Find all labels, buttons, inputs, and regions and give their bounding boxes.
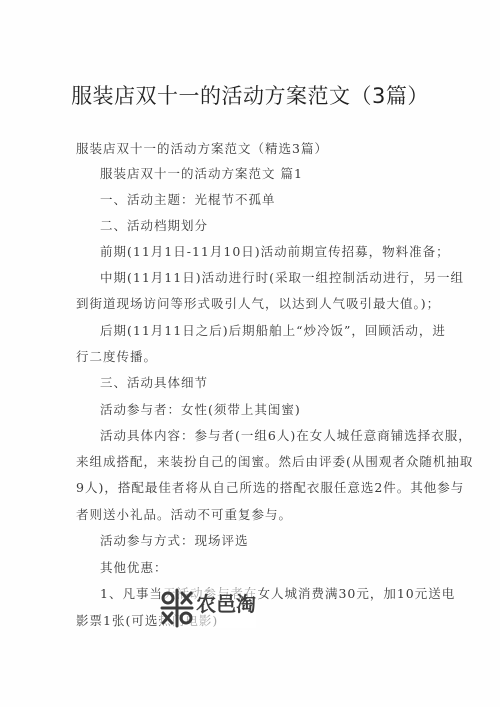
paragraph-line: 者则送小礼品。活动不可重复参与。 [76,505,292,523]
paragraph-line: 前期(11月1日-11月10日)活动前期宣传招募，物料准备； [100,242,450,260]
paragraph-line: 行二度传播。 [76,347,157,365]
paragraph-line: 后期(11月11日之后)后期船舶上“炒冷饭”，回顾活动，进 [100,321,446,339]
document-title: 服装店双十一的活动方案范文（3篇） [0,80,500,110]
paragraph-line: 来组成搭配，来装扮自己的闺蜜。然后由评委(从围观者众随机抽取 [76,452,473,470]
paragraph-line: 1、凡事当天活动参与者在女人城消费满30元，加10元送电 [100,584,455,602]
nongyitao-logo-icon [160,588,194,628]
paragraph-line: 9人)，搭配最佳者将从自己所选的搭配衣服任意选2件。其他参与 [76,478,464,496]
paragraph-line: 活动参与方式：现场评选 [100,531,249,549]
paragraph-line: 一、活动主题：光棍节不孤单 [100,190,276,208]
paragraph-line: 中期(11月11日)活动进行时(采取一组控制活动进行，另一组 [100,268,464,286]
paragraph-line: 活动具体内容：参与者(一组6人)在女人城任意商铺选择衣服， [100,426,472,444]
paragraph-line: 服装店双十一的活动方案范文（精选3篇） [76,139,328,157]
paragraph-line: 其他优惠： [100,558,168,576]
paragraph-line: 服装店双十一的活动方案范文 篇1 [100,164,303,182]
paragraph-line: 到街道现场访问等形式吸引人气，以达到人气吸引最大值。)； [76,294,440,312]
watermark-text: 农邑淘 [196,588,256,617]
paragraph-line: 三、活动具体细节 [100,373,208,391]
paragraph-line: 二、活动档期划分 [100,216,208,234]
watermark: 农邑淘 [160,588,256,628]
paragraph-line: 活动参与者：女性(须带上其闺蜜) [100,400,301,418]
document-page: 服装店双十一的活动方案范文（3篇） 服装店双十一的活动方案范文（精选3篇）服装店… [0,0,500,707]
